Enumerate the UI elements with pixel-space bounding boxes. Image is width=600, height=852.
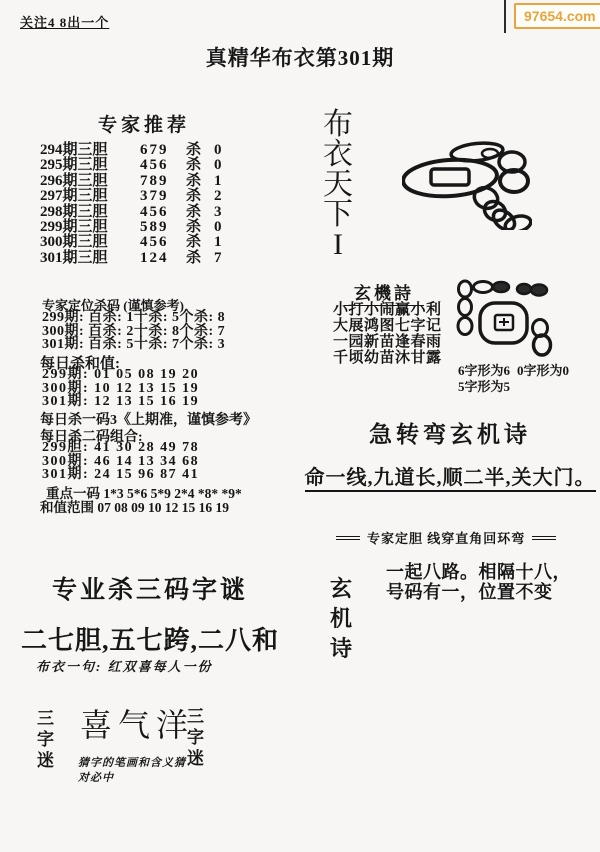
shape-note-5: 5字形为5: [458, 376, 510, 395]
period-cell: 300期三胆: [40, 235, 140, 250]
list-item: 301期: 百杀: 5十杀: 7个杀: 3: [42, 338, 225, 352]
banner-text: 专家定胆 线穿直角回环弯: [367, 528, 525, 547]
kill-label: 杀: [186, 251, 214, 266]
period-cell: 296期三胆: [40, 174, 140, 189]
list-item: 299胆: 41 30 28 49 78: [42, 441, 199, 455]
table-row: 296期三胆789杀1: [40, 174, 230, 189]
kill-label: 杀: [186, 189, 214, 204]
daily-sum-kill-rows: 299期: 01 05 08 19 20 300期: 10 12 13 15 1…: [42, 368, 199, 409]
banner-rule-left: [336, 536, 360, 540]
kill-label: 杀: [186, 174, 214, 189]
table-row: 298期三胆456杀3: [40, 205, 230, 220]
kill-label: 杀: [186, 158, 214, 173]
banner-rule-right: [532, 536, 556, 540]
riddle-answer: 喜气洋: [80, 700, 194, 746]
kill-cell: 2: [214, 189, 230, 204]
period-cell: 297期三胆: [40, 189, 140, 204]
number-shapes-sketch: [456, 277, 564, 361]
table-row: 295期三胆456杀0: [40, 158, 230, 173]
period-cell: 295期三胆: [40, 158, 140, 173]
shape-note-0: 0字形为0: [517, 360, 569, 379]
list-item: 299期: 01 05 08 19 20: [42, 368, 199, 382]
poem-line: 一园新苗逢春雨: [333, 334, 442, 350]
kill-cell: 0: [214, 158, 230, 173]
table-row: 301期三胆124杀7: [40, 251, 230, 266]
three-char-riddle-label-right: 三字迷: [186, 706, 205, 769]
list-item: 299期: 百杀: 1十杀: 5个杀: 8: [42, 311, 225, 325]
kill-cell: 1: [214, 235, 230, 250]
expert-recommend-heading: 专家推荐: [98, 110, 190, 137]
coins-sketch: [402, 140, 532, 230]
period-cell: 301期三胆: [40, 251, 140, 266]
sharp-turn-wrap: 命一线,九道长,顺二半,关大门。: [300, 461, 600, 490]
poem-line: 千顷幼苗沐甘露: [333, 350, 442, 366]
position-kill-rows: 299期: 百杀: 1十杀: 5个杀: 8 300期: 百杀: 2十杀: 8个杀…: [42, 311, 225, 352]
poem-line: 大展鸿图七字记: [333, 318, 442, 334]
header-divider: [504, 0, 506, 33]
dan-cell: 124: [140, 251, 186, 266]
attention-note: 关注4 8出一个: [20, 12, 109, 31]
dan-cell: 456: [140, 235, 186, 250]
list-item: 301期: 12 13 15 16 19: [42, 395, 199, 409]
riddle-line: 二七胆,五七跨,二八和: [0, 620, 300, 657]
sharp-turn-heading: 急转弯玄机诗: [300, 416, 600, 449]
xuanji-message: 一起八路。相隔十八， 号码有一，位置不变: [386, 562, 586, 602]
riddle-hint-line1: 猜字的笔画和含义猜: [78, 756, 198, 771]
kill-cell: 3: [214, 205, 230, 220]
page-title: 真精华布衣第301期: [0, 42, 600, 72]
lottery-tip-sheet: 关注4 8出一个 97654.com 真精华布衣第301期 专家推荐 294期三…: [0, 0, 600, 852]
dan-cell: 456: [140, 205, 186, 220]
riddle-hint: 猜字的笔画和含义猜 对必中: [78, 756, 198, 786]
daily-two-kill-rows: 299胆: 41 30 28 49 78 300期: 46 14 13 34 6…: [42, 441, 199, 482]
kill-cell: 1: [214, 174, 230, 189]
three-char-riddle-label-left: 三字迷: [36, 708, 55, 771]
kill-cell: 0: [214, 220, 230, 235]
dan-cell: 789: [140, 174, 186, 189]
table-row: 297期三胆379杀2: [40, 189, 230, 204]
site-link[interactable]: 97654.com: [514, 3, 600, 29]
dan-cell: 589: [140, 220, 186, 235]
dan-cell: 679: [140, 143, 186, 158]
table-row: 300期三胆456杀1: [40, 235, 230, 250]
kill-label: 杀: [186, 205, 214, 220]
kill-cell: 0: [214, 143, 230, 158]
sum-range-line: 和值范围 07 08 09 10 12 15 16 19: [40, 496, 229, 516]
xuanji-vertical-label: 玄机诗: [328, 574, 354, 664]
riddle-hint-line2: 对必中: [78, 771, 198, 786]
kill-three-heading: 专业杀三码字谜: [0, 570, 300, 606]
kill-label: 杀: [186, 235, 214, 250]
buyi-tianxia-vertical-title: 布衣天下I: [322, 110, 354, 260]
poem-line: 小打小闹赢小利: [333, 302, 442, 318]
buyi-sentence: 布衣一句: 红双喜每人一份: [36, 656, 213, 675]
expert-recommend-table: 294期三胆679杀0 295期三胆456杀0 296期三胆789杀1 297期…: [40, 143, 230, 266]
period-cell: 298期三胆: [40, 205, 140, 220]
kill-cell: 7: [214, 251, 230, 266]
message-line: 一起八路。相隔十八，: [386, 562, 586, 582]
sharp-turn-line: 命一线,九道长,顺二半,关大门。: [305, 467, 596, 492]
expert-dingdan-banner: 专家定胆 线穿直角回环弯: [336, 528, 556, 547]
message-line: 号码有一，位置不变: [386, 582, 586, 602]
dan-cell: 456: [140, 158, 186, 173]
dan-cell: 379: [140, 189, 186, 204]
xuanji-poem: 小打小闹赢小利 大展鸿图七字记 一园新苗逢春雨 千顷幼苗沐甘露: [333, 302, 442, 366]
list-item: 301期: 24 15 96 87 41: [42, 468, 199, 482]
